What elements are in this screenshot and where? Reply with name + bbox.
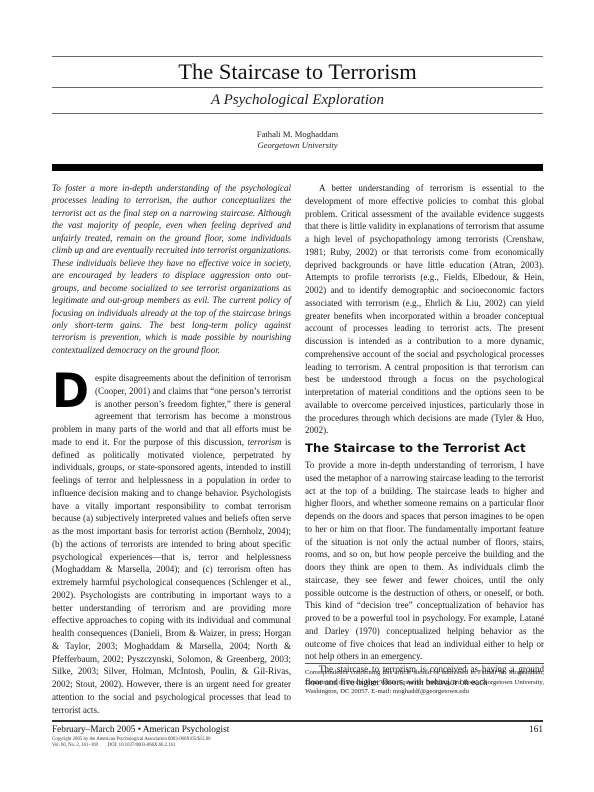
left-column-body: Despite disagreements about the definiti… — [52, 372, 291, 716]
author-name: Fathali M. Moghaddam — [52, 129, 543, 140]
title-top-rule — [52, 56, 543, 57]
intro-paragraph: Despite disagreements about the definiti… — [52, 372, 291, 716]
article-subtitle: A Psychological Exploration — [52, 89, 543, 111]
journal-issue: February–March 2005 • American Psycholog… — [52, 724, 229, 736]
abstract: To foster a more in-depth understanding … — [52, 182, 291, 356]
copyright-line: Copyright 2005 by the American Psycholog… — [52, 737, 211, 743]
title-bottom-rule — [52, 87, 543, 88]
drop-cap: D — [52, 375, 89, 411]
footer-rule — [52, 720, 543, 722]
abstract-text: To foster a more in-depth understanding … — [52, 182, 291, 356]
paragraph-2: A better understanding of terrorism is e… — [305, 182, 544, 437]
section-heading: The Staircase to the Terrorist Act — [305, 440, 544, 456]
right-column-body: A better understanding of terrorism is e… — [305, 182, 544, 689]
intro-text-rest: is defined as politically motivated viol… — [52, 437, 291, 715]
volume-info: Vol. 60, No. 2, 161–169 DOI: 10.1037/000… — [52, 743, 175, 749]
header-black-bar — [52, 164, 543, 171]
term-terrorism: terrorism — [248, 437, 282, 447]
paragraph-3: To provide a more in-depth understanding… — [305, 459, 544, 663]
footnote-rule — [305, 663, 544, 664]
doi: DOI: 10.1037/0003-066X.60.2.161 — [108, 743, 176, 748]
correspondence-footnote: Correspondence concerning this article s… — [305, 668, 544, 697]
subtitle-bottom-rule — [52, 113, 543, 114]
page-number: 161 — [529, 724, 543, 736]
author-affiliation: Georgetown University — [52, 140, 543, 151]
article-title: The Staircase to Terrorism — [52, 58, 543, 86]
volume-number: Vol. 60, No. 2, 161–169 — [52, 743, 98, 748]
